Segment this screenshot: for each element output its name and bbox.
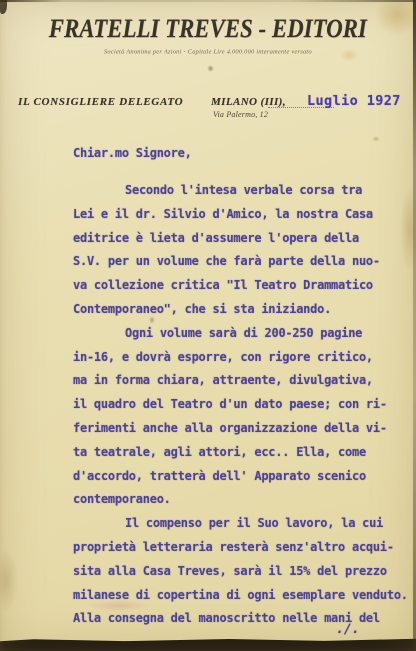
scanned-letter-page: FRATELLI TREVES - EDITORI Società Anonim…: [0, 0, 416, 651]
paper-speck: [207, 65, 214, 72]
letter-body: Chiar.mo Signore, Secondo l'intesa verba…: [73, 146, 408, 635]
letter-line: proprietà letteraria resterà senz'altro …: [73, 540, 408, 564]
letter-line: ferimenti anche alla organizzazione dell…: [73, 421, 408, 445]
paper-speck: [372, 136, 380, 142]
letter-line: editrice è lieta d'assumere l'opera dell…: [73, 231, 408, 255]
letter-line: S.V. per un volume che farà parte della …: [73, 254, 408, 278]
letter-line: d'accordo, tratterà dell' Apparato sceni…: [73, 469, 408, 493]
letter-line: Ogni volume sarà di 200-250 pagine: [73, 326, 408, 350]
letter-line: va collezione critica "Il Teatro Drammat…: [73, 278, 408, 302]
letter-line: Lei e il dr. Silvio d'Amico, la nostra C…: [73, 207, 408, 231]
letter-line: ma in forma chiara, attraente, divulgati…: [73, 373, 408, 397]
letter-line: milanese di copertina di ogni esemplare …: [73, 588, 408, 612]
publisher-name: FRATELLI TREVES - EDITORI: [0, 14, 416, 44]
letter-line: in-16, e dovrà esporre, con rigore criti…: [73, 350, 408, 374]
company-subtitle-text: Società Anonima per Azioni - Capitale Li…: [104, 48, 312, 55]
sender-title: IL CONSIGLIERE DELEGATO: [18, 96, 183, 108]
letter-line: il quadro del Teatro d'un dato paese; co…: [73, 397, 408, 421]
continuation-mark: ./.: [336, 622, 359, 637]
salutation: Chiar.mo Signore,: [73, 146, 408, 183]
date-stamp: Luglio 1927: [307, 93, 401, 109]
paper-stain: [0, 538, 22, 623]
street-address: Via Palermo, 12: [213, 110, 268, 119]
letter-line: sita alla Casa Treves, sarà il 15% del p…: [73, 564, 408, 588]
publisher-name-text: FRATELLI TREVES - EDITORI: [49, 14, 367, 44]
letter-line: ta teatrale, agli attori, ecc.. Ella, co…: [73, 445, 408, 469]
letter-line: Contemporaneo", che si sta iniziando.: [73, 302, 408, 326]
letter-line: Il compenso per il Suo lavoro, la cui: [73, 516, 408, 540]
letter-line: Secondo l'intesa verbale corsa tra: [73, 183, 408, 207]
scan-edge-bar: [0, 638, 416, 651]
letter-line: contemporaneo.: [73, 492, 408, 516]
scan-edge-top: [0, 0, 416, 2]
scan-corner-mark: [0, 0, 7, 14]
company-subtitle: Società Anonima per Azioni - Capitale Li…: [0, 48, 416, 57]
